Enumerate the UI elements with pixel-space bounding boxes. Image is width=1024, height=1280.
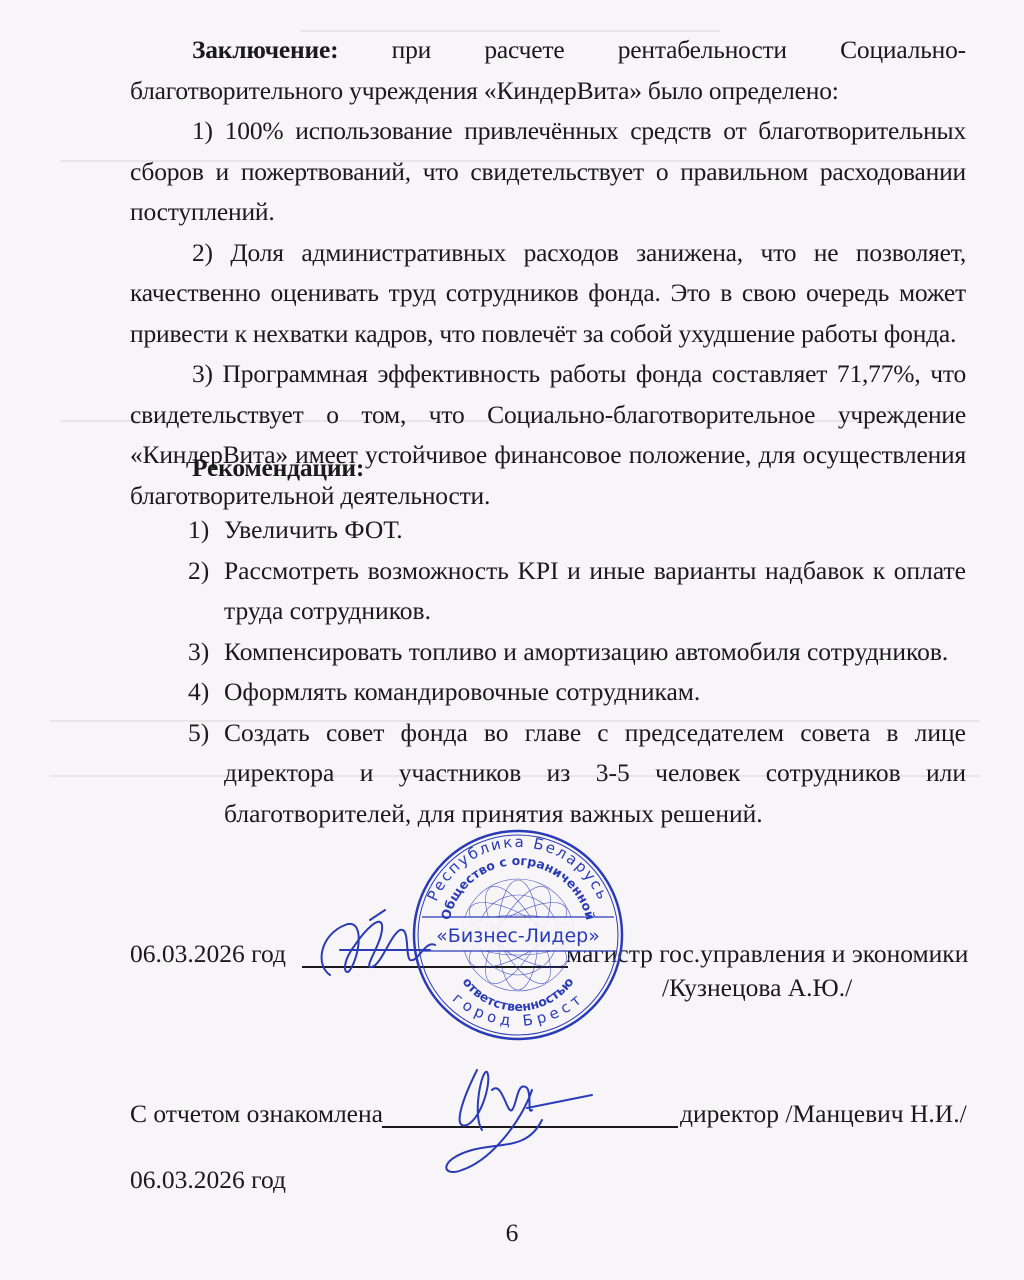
conclusion-point-2: 2) Доля административных расходов заниже… bbox=[130, 233, 966, 355]
page-number: 6 bbox=[0, 1218, 1024, 1248]
intro-word: Социально- bbox=[840, 30, 966, 71]
item-text: Оформлять командировочные сотрудникам. bbox=[224, 677, 700, 706]
conclusion-intro-line2: благотворительного учреждения «КиндерВит… bbox=[130, 71, 966, 112]
intro-word: рентабельности bbox=[618, 30, 787, 71]
director-date: 06.03.2026 год bbox=[130, 1164, 286, 1196]
intro-word: расчете bbox=[484, 30, 564, 71]
item-text: Увеличить ФОТ. bbox=[224, 515, 403, 544]
document-page: Заключение: при расчете рентабельности С… bbox=[0, 0, 1024, 1280]
item-text: Рассмотреть возможность KPI и иные вариа… bbox=[224, 556, 966, 626]
recommendations-title: Рекомендации: bbox=[130, 448, 966, 489]
director-position-name: директор /Манцевич Н.И./ bbox=[680, 1098, 967, 1130]
item-text: Компенсировать топливо и амортизацию авт… bbox=[224, 637, 948, 666]
item-number: 5) bbox=[188, 713, 209, 754]
recommendation-item: 1) Увеличить ФОТ. bbox=[188, 510, 966, 551]
item-number: 4) bbox=[188, 672, 209, 713]
svg-text:«Бизнес-Лидер»: «Бизнес-Лидер» bbox=[436, 925, 600, 947]
recommendation-item: 3) Компенсировать топливо и амортизацию … bbox=[188, 632, 966, 673]
author-signature-icon bbox=[310, 905, 460, 985]
item-number: 2) bbox=[188, 551, 209, 592]
recommendation-item: 2) Рассмотреть возможность KPI и иные ва… bbox=[188, 551, 966, 632]
director-ack-label: С отчетом ознакомлена bbox=[130, 1098, 383, 1130]
recommendations-list: 1) Увеличить ФОТ. 2) Рассмотреть возможн… bbox=[188, 510, 966, 834]
conclusion-point-1: 1) 100% использование привлечённых средс… bbox=[130, 111, 966, 233]
item-number: 1) bbox=[188, 510, 209, 551]
conclusion-label: Заключение: bbox=[192, 30, 338, 71]
conclusion-section: Заключение: при расчете рентабельности С… bbox=[130, 30, 966, 516]
intro-word: при bbox=[392, 30, 431, 71]
recommendations-heading-wrap: Рекомендации: bbox=[130, 448, 966, 489]
conclusion-point-3: 3) Программная эффективность работы фонд… bbox=[130, 354, 966, 516]
author-name: /Кузнецова А.Ю./ bbox=[662, 972, 852, 1004]
item-number: 3) bbox=[188, 632, 209, 673]
recommendation-item: 5) Создать совет фонда во главе с предсе… bbox=[188, 713, 966, 835]
item-text: Создать совет фонда во главе с председат… bbox=[224, 718, 966, 828]
director-signature-icon bbox=[432, 1060, 602, 1185]
conclusion-intro-line1: Заключение: при расчете рентабельности С… bbox=[130, 30, 966, 71]
author-date: 06.03.2026 год bbox=[130, 938, 286, 970]
recommendation-item: 4) Оформлять командировочные сотрудникам… bbox=[188, 672, 966, 713]
